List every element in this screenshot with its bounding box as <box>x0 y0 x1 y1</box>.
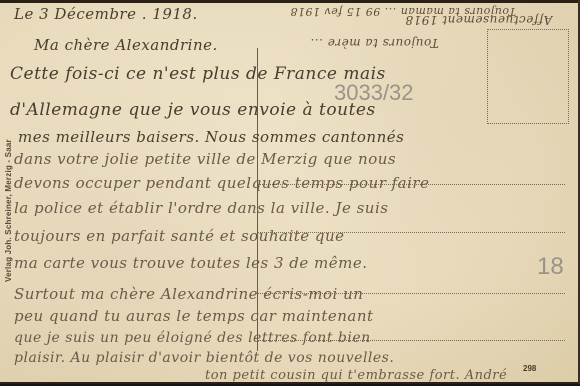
date-line: Le 3 Décembre . 1918. <box>14 5 198 23</box>
text-line: la police et établir l'ordre dans la vil… <box>14 199 388 217</box>
scan-edge-top <box>0 0 580 3</box>
upside-note-3: Toujours ta mère ... <box>310 36 439 50</box>
publisher-imprint: Verlag Joh. Schreiner, Merzig - Saar <box>4 139 13 282</box>
text-line: dans votre jolie petite ville de Merzig … <box>14 150 396 168</box>
greeting-line: Ma chère Alexandrine. <box>34 36 218 54</box>
upside-note-2: Toujours ta maman ... 99 15 fev 1918 <box>290 5 516 18</box>
text-line: plaisir. Au plaisir d'avoir bientôt de v… <box>14 350 394 366</box>
text-line: peu quand tu auras le temps car maintena… <box>14 307 374 325</box>
pencil-price-mark: 18 <box>537 253 564 281</box>
stamp-placeholder-box <box>487 29 569 124</box>
text-line: Cette fois-ci ce n'est plus de France ma… <box>10 64 386 84</box>
text-line: mes meilleurs baisers. Nous sommes canto… <box>18 128 404 146</box>
printed-card-number: 298 <box>523 364 536 373</box>
pencil-catalog-number: 3033/32 <box>334 80 414 106</box>
text-line: que je suis un peu éloigné des lettres f… <box>14 330 371 346</box>
postcard-back: Verlag Joh. Schreiner, Merzig - Saar Aff… <box>0 0 580 384</box>
text-line: devons occuper pendant quelques temps po… <box>14 174 429 192</box>
text-line: toujours en parfait santé et souhaite qu… <box>14 227 345 245</box>
text-line: d'Allemagne que je vous envoie à toutes <box>10 100 376 120</box>
text-line: ma carte vous trouve toutes les 3 de mêm… <box>14 254 368 272</box>
text-line: Surtout ma chère Alexandrine écris-moi u… <box>14 285 363 303</box>
signature-line: ton petit cousin qui t'embrasse fort. An… <box>205 368 507 383</box>
